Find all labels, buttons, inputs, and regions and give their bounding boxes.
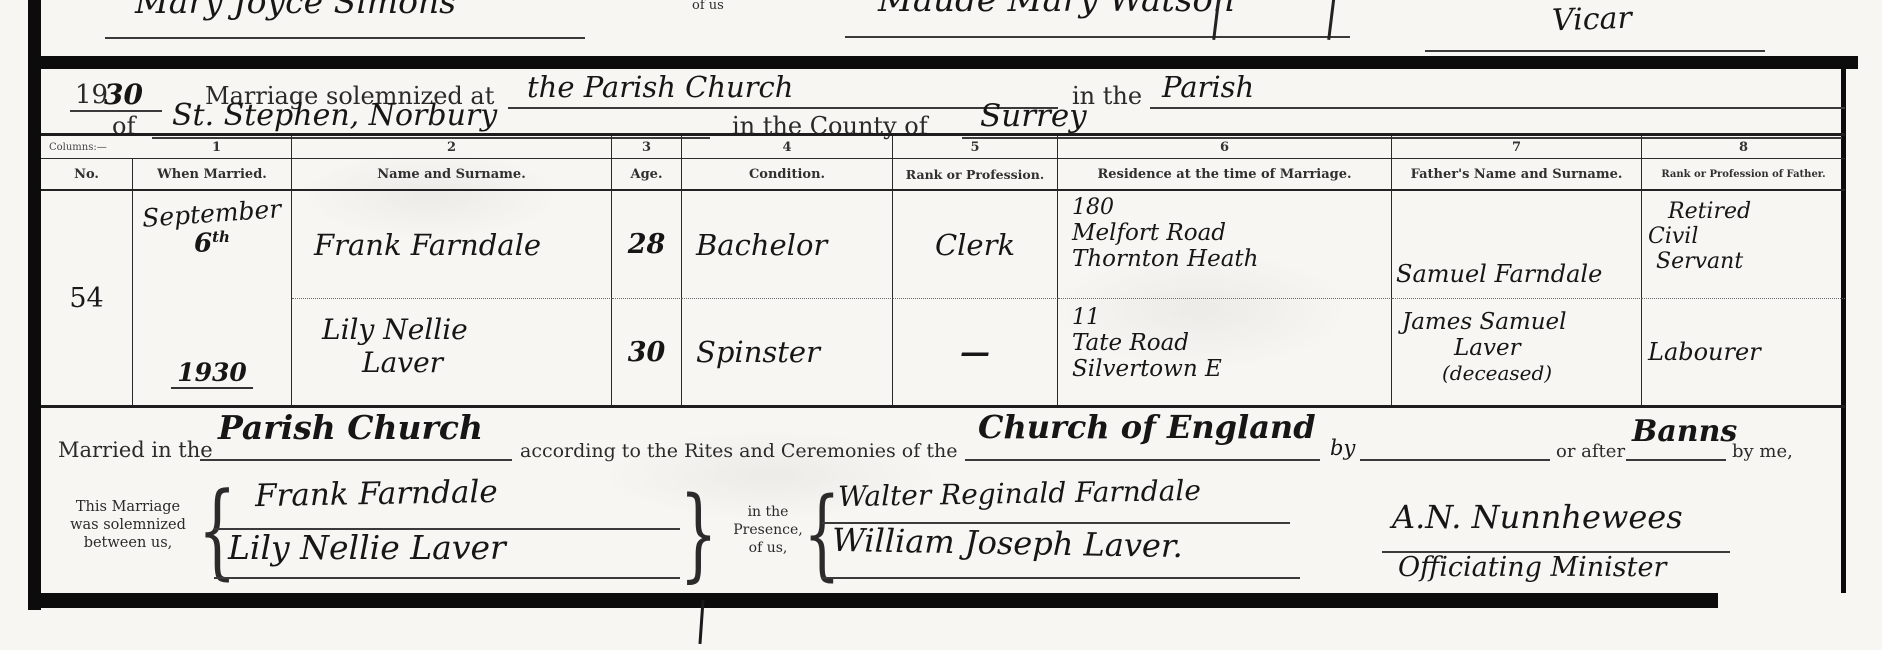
cell-bride-name: Lily Nellie Laver [292,299,612,405]
married-place-handwritten: Parish Church [218,408,483,447]
presence-label: in the Presence, of us, [728,503,808,557]
column-number-cell: Columns:— 1 [41,136,292,159]
presence-line: Presence, [728,521,808,539]
groom-age: 28 [628,229,666,260]
header-rank-profession: Rank or Profession. [893,159,1058,191]
columns-label: Columns:— [49,142,107,153]
close-brace: } [680,484,718,585]
by-label: by [1330,436,1355,460]
header-age: Age. [612,159,682,191]
header-residence: Residence at the time of Marriage. [1058,159,1392,191]
year-handwritten: 30 [104,78,143,111]
register-table: Columns:— 1 2 3 4 5 6 7 8 No. When Marri… [41,133,1845,408]
bottom-border-bar [28,593,1718,608]
banns-handwritten: Banns [1632,414,1737,449]
column-number-cell: 3 [612,136,682,159]
header-father-rank: Rank or Profession of Father. [1642,159,1845,191]
groom-father-rank-line: Retired [1648,199,1845,224]
column-number: 8 [1739,140,1748,155]
bride-profession: — [960,335,990,370]
bride-father-line: James Samuel [1402,309,1641,335]
bride-residence-line: 11 [1072,305,1391,330]
marriage-month: September [142,194,283,233]
left-border-bar [28,0,41,610]
cell-groom-father: Samuel Farndale [1392,191,1642,299]
signature-rule [822,577,1300,579]
cell-bride-condition: Spinster [682,299,893,405]
groom-profession: Clerk [935,228,1015,262]
cell-bride-father-rank: Labourer [1642,299,1845,405]
or-after-label: or after [1556,441,1625,462]
cell-bride-residence: 11 Tate Road Silvertown E [1058,299,1392,405]
top-divider-bar [28,56,1858,69]
marriage-register-scan: Mary Joyce Simons of us Maude Mary Watso… [0,0,1882,650]
witness1-signature: Walter Reginald Farndale [838,474,1201,513]
blank-rule [1360,459,1550,461]
this-marriage-line: was solemnized [62,516,194,534]
presence-line: of us, [728,539,808,557]
signature-rule [1425,50,1765,52]
record-number: 54 [69,283,103,314]
groom-signature: Frank Farndale [255,474,498,514]
column-number-cell: 8 [1642,136,1845,159]
cell-bride-father: James Samuel Laver (deceased) [1392,299,1642,405]
cell-groom-age: 28 [612,191,682,299]
cell-bride-profession: — [893,299,1058,405]
column-number: 1 [212,140,221,155]
married-in-label: Married in the [58,438,213,462]
groom-residence-line: 180 [1072,195,1391,220]
previous-entry-witness-left: Mary Joyce Simons [135,0,456,21]
groom-name: Frank Farndale [314,228,541,262]
county-handwritten: Surrey [980,98,1087,134]
parish-handwritten: Parish [1162,70,1254,104]
cell-record-no: 54 [41,191,133,405]
groom-residence-line: Melfort Road [1072,220,1391,246]
this-marriage-label: This Marriage was solemnized between us, [62,498,194,552]
minister-signature: A.N. Nunnhewees [1392,498,1683,536]
cell-when-married: September 6th 1930 [133,191,292,405]
header-name-surname: Name and Surname. [292,159,612,191]
witness2-signature: William Joseph Laver. [832,521,1183,565]
entry-rule [508,107,1058,109]
column-number-cell: 2 [292,136,612,159]
bride-name-line: Lily Nellie [322,313,611,346]
bride-father-line: Laver [1402,335,1641,361]
according-label: according to the Rites and Ceremonies of… [520,440,957,462]
cell-bride-age: 30 [612,299,682,405]
this-marriage-line: This Marriage [62,498,194,516]
entry-rule [1150,107,1845,109]
marriage-year: 1930 [171,358,253,389]
header-condition: Condition. [682,159,893,191]
pen-stroke [1327,0,1336,40]
signature-rule [845,36,1350,38]
cell-groom-condition: Bachelor [682,191,893,299]
column-number-cell: 5 [893,136,1058,159]
presence-line: in the [728,503,808,521]
column-number: 6 [1220,140,1229,155]
bride-father-rank: Labourer [1648,338,1761,366]
bride-residence-line: Silvertown E [1072,356,1391,382]
groom-residence-line: Thornton Heath [1072,246,1391,272]
header-no: No. [41,159,133,191]
church-name-handwritten: St. Stephen, Norbury [172,98,497,133]
column-number-cell: 4 [682,136,893,159]
by-me-label: by me, [1732,441,1793,462]
signature-rule [105,37,585,39]
bride-signature: Lily Nellie Laver [228,528,506,567]
groom-father-rank-line: Servant [1648,249,1845,274]
groom-father-rank-line: Civil [1648,224,1845,249]
bride-father-line: (deceased) [1402,361,1641,385]
this-marriage-line: between us, [62,534,194,552]
rites-church-handwritten: Church of England [978,408,1316,446]
cell-groom-residence: 180 Melfort Road Thornton Heath [1058,191,1392,299]
bride-age: 30 [628,337,666,368]
entry-rule [1626,459,1726,461]
minister-title: Officiating Minister [1398,552,1666,583]
groom-father-name: Samuel Farndale [1396,260,1602,288]
bride-name-line: Laver [322,346,611,379]
cell-groom-name: Frank Farndale [292,191,612,299]
column-number: 5 [970,140,979,155]
header-father-name: Father's Name and Surname. [1392,159,1642,191]
bride-residence-line: Tate Road [1072,330,1391,356]
cell-groom-profession: Clerk [893,191,1058,299]
previous-entry-of-us-label: of us [692,0,724,13]
column-number: 2 [447,140,456,155]
solemnized-place-handwritten: the Parish Church [527,70,793,104]
signature-rule [214,577,680,579]
column-number-cell: 7 [1392,136,1642,159]
marriage-day: 6th [194,228,230,259]
column-number: 4 [782,140,791,155]
groom-condition: Bachelor [696,228,827,262]
cell-groom-father-rank: Retired Civil Servant [1642,191,1845,299]
column-number-cell: 6 [1058,136,1392,159]
previous-entry-witness-right: Maude Mary Watson [878,0,1235,20]
header-when-married: When Married. [133,159,292,191]
entry-rule [965,459,1320,461]
bride-condition: Spinster [696,335,820,369]
entry-rule [200,459,512,461]
day-suffix: th [212,228,230,246]
column-number: 3 [642,140,651,155]
previous-entry-officiant-title: Vicar [1551,1,1632,39]
column-number: 7 [1512,140,1521,155]
